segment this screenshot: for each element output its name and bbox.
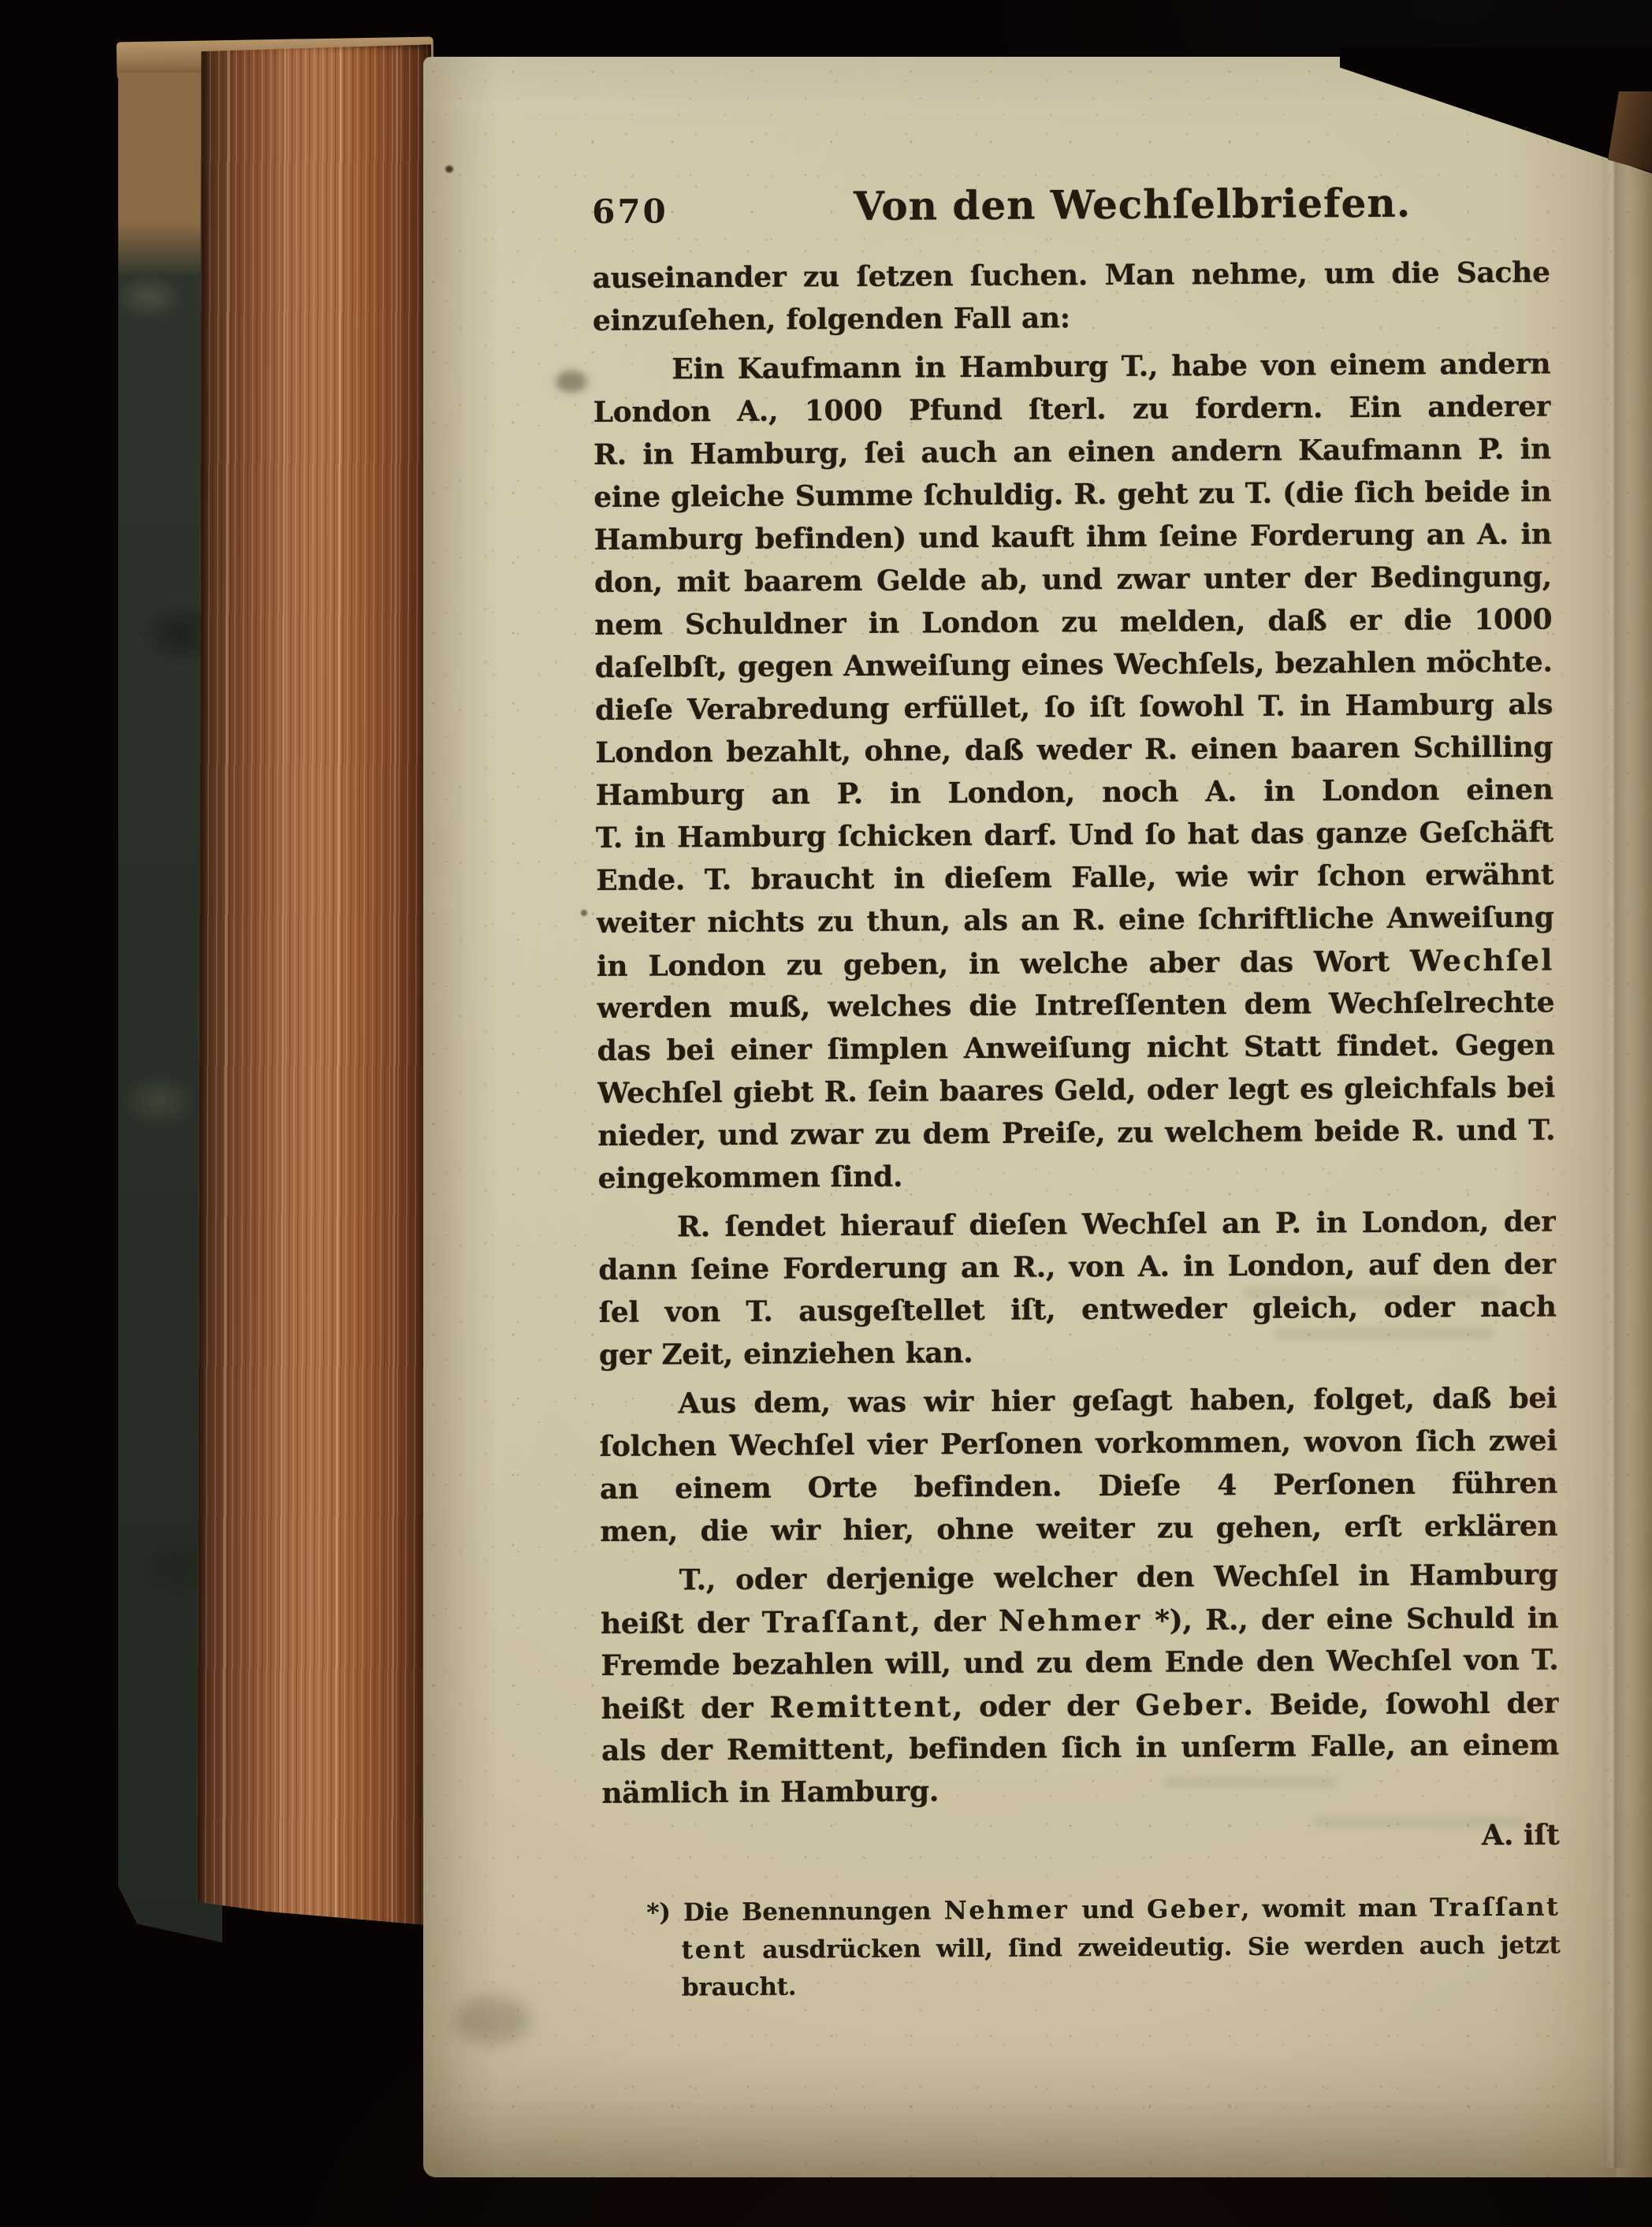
paper-stain bbox=[455, 1996, 530, 2045]
text-line: daſelbſt, gegen Anweiſung eines Wechſels… bbox=[594, 641, 1552, 689]
emphasized-word: Wechſel bbox=[1410, 943, 1554, 978]
page-header: 670 Von den Wechſelbriefen. bbox=[592, 184, 1550, 257]
text-line: London A., 1000 Pfund ſterl. zu fordern.… bbox=[593, 385, 1551, 434]
text-line: nämlich in Hamburg. bbox=[601, 1767, 1559, 1815]
emphasized-word: Nehmer bbox=[999, 1603, 1142, 1638]
text-line: R. in Hamburg, ſei auch an einen andern … bbox=[593, 428, 1551, 476]
page-edges-stack bbox=[196, 44, 431, 1937]
gutter-margin bbox=[1617, 57, 1652, 2177]
text-line: T., oder derjenige welcher den Wechſel i… bbox=[601, 1554, 1558, 1602]
text-line: werden muß, welches die Intreſſenten dem… bbox=[597, 981, 1554, 1030]
book-scan-scene: 670 Von den Wechſelbriefen. auseinander … bbox=[0, 0, 1652, 2227]
text-line: in London zu geben, in welche aber das W… bbox=[597, 939, 1554, 987]
ink-speck bbox=[581, 910, 587, 916]
text-line: heißt der Remittent, oder der Geber. Bei… bbox=[601, 1681, 1559, 1730]
text-line: ſel von T. ausgeſtellet iſt, entweder gl… bbox=[598, 1286, 1556, 1334]
text-line: einzuſehen, folgenden Fall an: bbox=[593, 294, 1550, 342]
footnote-line: *) Die Benennungen Nehmer und Geber, wom… bbox=[646, 1888, 1560, 1931]
emphasized-word: Geber bbox=[1147, 1894, 1241, 1924]
footnote-line: braucht. bbox=[682, 1964, 1561, 2007]
text-line: Fremde bezahlen will, und zu dem Ende de… bbox=[601, 1639, 1558, 1687]
text-line: nieder, und zwar zu dem Preiſe, zu welch… bbox=[597, 1109, 1555, 1157]
emphasized-word: Remittent bbox=[769, 1689, 952, 1724]
text-line: dann ſeine Forderung an R., von A. in Lo… bbox=[598, 1243, 1556, 1291]
text-line: an einem Orte befinden. Dieſe 4 Perſonen… bbox=[600, 1462, 1557, 1510]
gutter-crease bbox=[1605, 71, 1628, 2168]
text-block: 670 Von den Wechſelbriefen. auseinander … bbox=[592, 184, 1561, 2007]
text-line: London bezahlt, ohne, daß weder R. einen… bbox=[595, 726, 1553, 774]
text-line: das bei einer ſimplen Anweiſung nicht St… bbox=[597, 1024, 1554, 1072]
text-line: Ende. T. braucht in dieſem Falle, wie wi… bbox=[596, 854, 1553, 902]
text-line: auseinander zu ſetzen ſuchen. Man nehme,… bbox=[592, 251, 1550, 300]
catchword: A. iſt bbox=[602, 1814, 1560, 1862]
emphasized-word: Geber bbox=[1135, 1687, 1243, 1722]
paragraph: auseinander zu ſetzen ſuchen. Man nehme,… bbox=[592, 251, 1550, 342]
paper-stain bbox=[556, 371, 587, 393]
paragraph: Ein Kaufmann in Hamburg T., habe von ein… bbox=[593, 343, 1556, 1200]
running-title: Von den Wechſelbriefen. bbox=[854, 180, 1374, 229]
page-number: 670 bbox=[592, 192, 668, 231]
text-line: weiter nichts zu thun, als an R. eine ſc… bbox=[596, 896, 1553, 944]
text-line: heißt der Traſſant, der Nehmer *), R., d… bbox=[601, 1596, 1558, 1644]
paragraph: R. ſendet hierauf dieſen Wechſel an P. i… bbox=[598, 1201, 1557, 1376]
book-page: 670 Von den Wechſelbriefen. auseinander … bbox=[423, 57, 1652, 2177]
text-line: don, mit baarem Gelde ab, und zwar unter… bbox=[594, 556, 1552, 604]
text-line: Aus dem, was wir hier geſagt haben, folg… bbox=[599, 1377, 1557, 1425]
text-line: eine gleiche Summe ſchuldig. R. geht zu … bbox=[593, 471, 1551, 519]
paper-stain bbox=[445, 166, 453, 173]
text-line: ger Zeit, einziehen kan. bbox=[599, 1328, 1557, 1376]
body-text: auseinander zu ſetzen ſuchen. Man nehme,… bbox=[592, 251, 1559, 1815]
text-line: men, die wir hier, ohne weiter zu gehen,… bbox=[600, 1505, 1557, 1553]
emphasized-word: Traſſant bbox=[1430, 1892, 1560, 1923]
text-line: nem Schuldner in London zu melden, daß e… bbox=[594, 598, 1552, 646]
text-line: Hamburg an P. in London, noch A. in Lond… bbox=[595, 769, 1553, 817]
text-line: dieſe Verabredung erfüllet, ſo iſt ſowoh… bbox=[595, 683, 1553, 732]
text-line: eingekommen ſind. bbox=[597, 1152, 1555, 1200]
text-line: T. in Hamburg ſchicken darf. Und ſo hat … bbox=[596, 811, 1553, 859]
text-line: ſolchen Wechſel vier Perſonen vorkommen,… bbox=[600, 1420, 1557, 1468]
text-line: Ein Kaufmann in Hamburg T., habe von ein… bbox=[593, 343, 1550, 391]
footnote-line: tent ausdrücken will, ſind zweideutig. S… bbox=[681, 1926, 1560, 1969]
paragraph: Aus dem, was wir hier geſagt haben, folg… bbox=[599, 1377, 1557, 1553]
text-line: als der Remittent, befinden ſich in unſe… bbox=[601, 1724, 1559, 1772]
text-line: Wechſel giebt R. ſein baares Geld, oder … bbox=[597, 1067, 1555, 1115]
emphasized-word: tent bbox=[681, 1935, 746, 1965]
emphasized-word: Nehmer bbox=[944, 1894, 1070, 1925]
text-line: Hamburg befinden) und kauft ihm ſeine Fo… bbox=[594, 513, 1552, 561]
emphasized-word: Traſſant bbox=[762, 1604, 911, 1640]
footnote: *) Die Benennungen Nehmer und Geber, wom… bbox=[602, 1888, 1561, 2007]
paragraph: T., oder derjenige welcher den Wechſel i… bbox=[601, 1554, 1560, 1815]
text-line: R. ſendet hierauf dieſen Wechſel an P. i… bbox=[598, 1201, 1556, 1249]
